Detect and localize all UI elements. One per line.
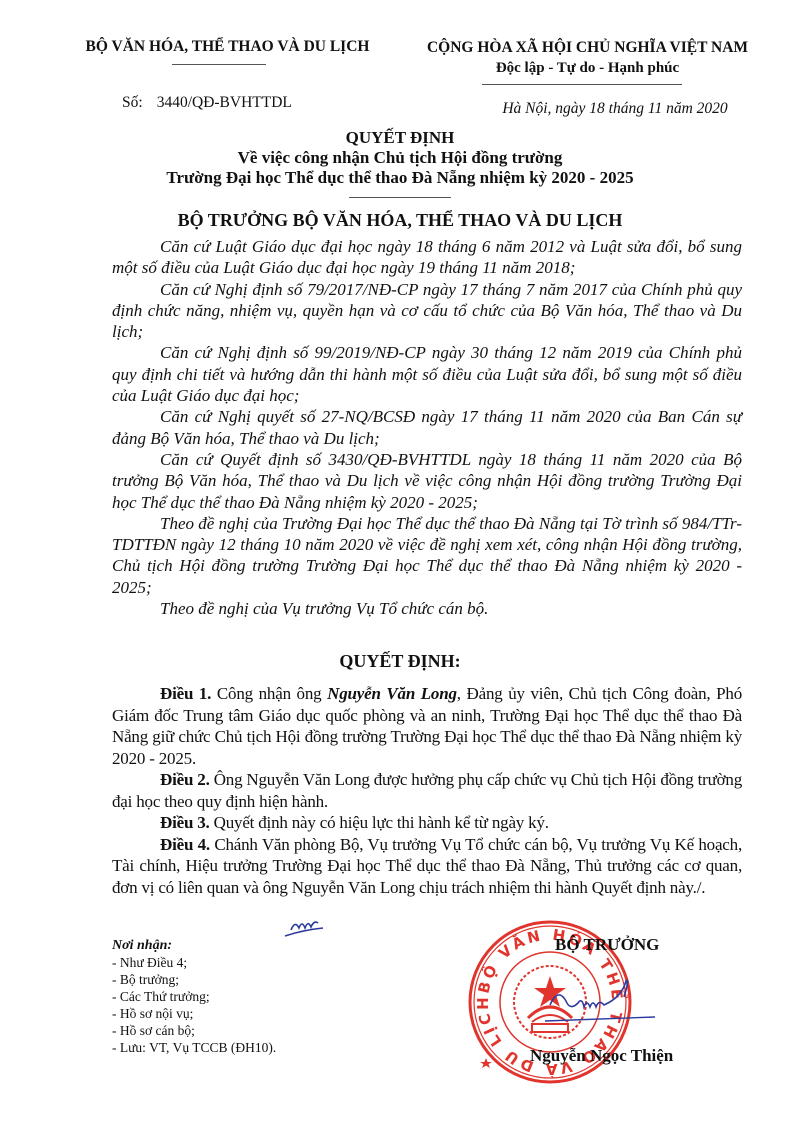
article-4: Điều 4. Chánh Văn phòng Bộ, Vụ trưởng Vụ… <box>112 834 742 899</box>
article-label: Điều 4. <box>160 835 210 854</box>
ministry-name: BỘ VĂN HÓA, THỂ THAO VÀ DU LỊCH <box>60 38 395 56</box>
number-label: Số: <box>122 94 143 111</box>
preamble-clause: Căn cứ Nghị định số 79/2017/NĐ-CP ngày 1… <box>112 279 742 343</box>
place-date: Hà Nội, ngày 18 tháng 11 năm 2020 <box>440 100 790 118</box>
article-text: Công nhận ông <box>211 684 327 703</box>
title-heading: QUYẾT ĐỊNH <box>90 128 710 148</box>
preamble-clause: Căn cứ Quyết định số 3430/QĐ-BVHTTDL ngà… <box>112 449 742 513</box>
issuing-authority: BỘ TRƯỞNG BỘ VĂN HÓA, THỂ THAO VÀ DU LỊC… <box>90 210 710 231</box>
signatory-title: BỘ TRƯỞNG <box>555 935 659 955</box>
article-text: Quyết định này có hiệu lực thi hành kể t… <box>210 813 549 832</box>
preamble-clause: Theo đề nghị của Vụ trưởng Vụ Tổ chức cá… <box>112 598 742 619</box>
recipient-item: - Như Điều 4; <box>112 954 412 971</box>
preamble-clause: Theo đề nghị của Trường Đại học Thể dục … <box>112 513 742 598</box>
recipient-item: - Bộ trưởng; <box>112 971 412 988</box>
article-3: Điều 3. Quyết định này có hiệu lực thi h… <box>112 812 742 834</box>
decision-heading: QUYẾT ĐỊNH: <box>90 651 710 672</box>
title-underline <box>349 197 451 198</box>
article-1: Điều 1. Công nhận ông Nguyễn Văn Long, Đ… <box>112 683 742 769</box>
article-2: Điều 2. Ông Nguyễn Văn Long được hưởng p… <box>112 769 742 812</box>
signatory-name: Nguyễn Ngọc Thiện <box>530 1046 673 1066</box>
recipients: Nơi nhận: - Như Điều 4; - Bộ trưởng; - C… <box>112 937 412 1056</box>
republic-name: CỘNG HÒA XÃ HỘI CHỦ NGHĨA VIỆT NAM <box>400 38 775 58</box>
article-label: Điều 1. <box>160 684 211 703</box>
recipient-item: - Lưu: VT, Vụ TCCB (ĐH10). <box>112 1039 412 1056</box>
republic-header: CỘNG HÒA XÃ HỘI CHỦ NGHĨA VIỆT NAM Độc l… <box>400 38 775 78</box>
title-line-1: Về việc công nhận Chủ tịch Hội đồng trườ… <box>90 148 710 168</box>
recipient-item: - Hồ sơ cán bộ; <box>112 1022 412 1039</box>
preamble-clause: Căn cứ Nghị định số 99/2019/NĐ-CP ngày 3… <box>112 342 742 406</box>
recipient-item: - Hồ sơ nội vụ; <box>112 1005 412 1022</box>
recipients-heading: Nơi nhận: <box>112 937 412 954</box>
ministry-underline <box>172 64 266 65</box>
motto-underline <box>482 84 682 85</box>
article-label: Điều 2. <box>160 770 210 789</box>
decision-title: QUYẾT ĐỊNH Về việc công nhận Chủ tịch Hộ… <box>90 128 710 188</box>
preamble-clause: Căn cứ Luật Giáo dục đại học ngày 18 thá… <box>112 236 742 279</box>
preamble-clause: Căn cứ Nghị quyết số 27-NQ/BCSĐ ngày 17 … <box>112 406 742 449</box>
preamble: Căn cứ Luật Giáo dục đại học ngày 18 thá… <box>112 236 742 619</box>
initial-mark-icon <box>283 912 331 940</box>
articles: Điều 1. Công nhận ông Nguyễn Văn Long, Đ… <box>112 683 742 898</box>
motto: Độc lập - Tự do - Hạnh phúc <box>400 58 775 78</box>
number-value: 3440/QĐ-BVHTTDL <box>157 94 292 111</box>
article-label: Điều 3. <box>160 813 210 832</box>
person-name: Nguyễn Văn Long <box>327 684 457 703</box>
document-number: Số:3440/QĐ-BVHTTDL <box>122 94 292 112</box>
title-line-2: Trường Đại học Thể dục thể thao Đà Nẵng … <box>90 168 710 188</box>
recipient-item: - Các Thứ trưởng; <box>112 988 412 1005</box>
handwritten-signature-icon <box>545 975 675 1025</box>
